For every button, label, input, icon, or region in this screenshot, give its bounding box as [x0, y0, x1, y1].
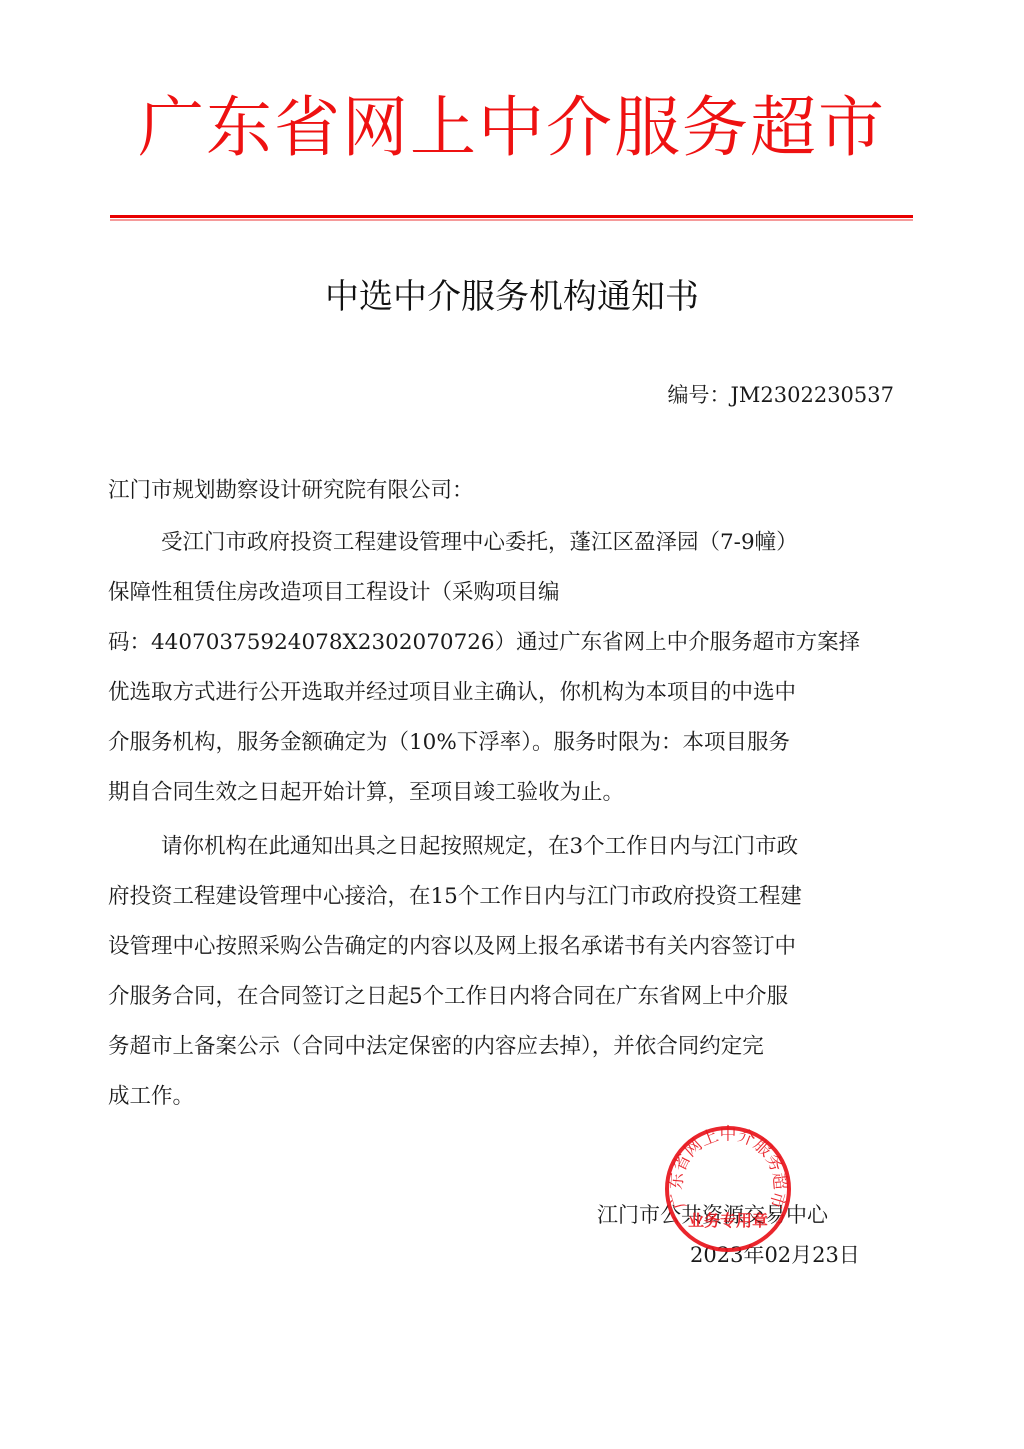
document-title: 中选中介服务机构通知书	[0, 272, 1024, 322]
text-line: 成工作。	[108, 1082, 194, 1112]
text-line: 府投资工程建设管理中心接洽，在15个工作日内与江门市政府投资工程建	[108, 882, 802, 912]
text-line: 期自合同生效之日起开始计算，至项目竣工验收为止。	[108, 778, 624, 808]
text-line: 介服务机构，服务金额确定为（10%下浮率）。服务时限为：本项目服务	[108, 728, 790, 758]
text-line: 请你机构在此通知出具之日起按照规定，在3个工作日内与江门市政	[161, 832, 798, 862]
text-line: 码：44070375924078X2302070726）通过广东省网上中介服务超…	[108, 628, 860, 658]
seal-icon: 广东省网上中介服务超市 业务专用章	[663, 1124, 793, 1254]
text-line: 优选取方式进行公开选取并经过项目业主确认，你机构为本项目的中选中	[108, 678, 796, 708]
text-line: 设管理中心按照采购公告确定的内容以及网上报名承诺书有关内容签订中	[108, 932, 796, 962]
salutation: 江门市规划勘察设计研究院有限公司：	[108, 476, 474, 506]
text-line: 介服务合同，在合同签订之日起5个工作日内将合同在广东省网上中介服	[108, 982, 788, 1012]
svg-text:广东省网上中介服务超市: 广东省网上中介服务超市	[666, 1125, 790, 1211]
text-line: 保障性租赁住房改造项目工程设计（采购项目编	[108, 578, 560, 608]
text-line: 务超市上备案公示（合同中法定保密的内容应去掉），并依合同约定完	[108, 1032, 764, 1062]
header-rule-shadow	[110, 219, 913, 221]
svg-text:业务专用章: 业务专用章	[688, 1211, 768, 1230]
official-seal: 广东省网上中介服务超市 业务专用章	[663, 1124, 793, 1254]
header-rule	[110, 215, 913, 218]
text-line: 受江门市政府投资工程建设管理中心委托，蓬江区盈泽园（7-9幢）	[161, 528, 798, 558]
document-number: 编号：JM2302230537	[667, 378, 894, 412]
masthead-title: 广东省网上中介服务超市	[0, 88, 1024, 168]
